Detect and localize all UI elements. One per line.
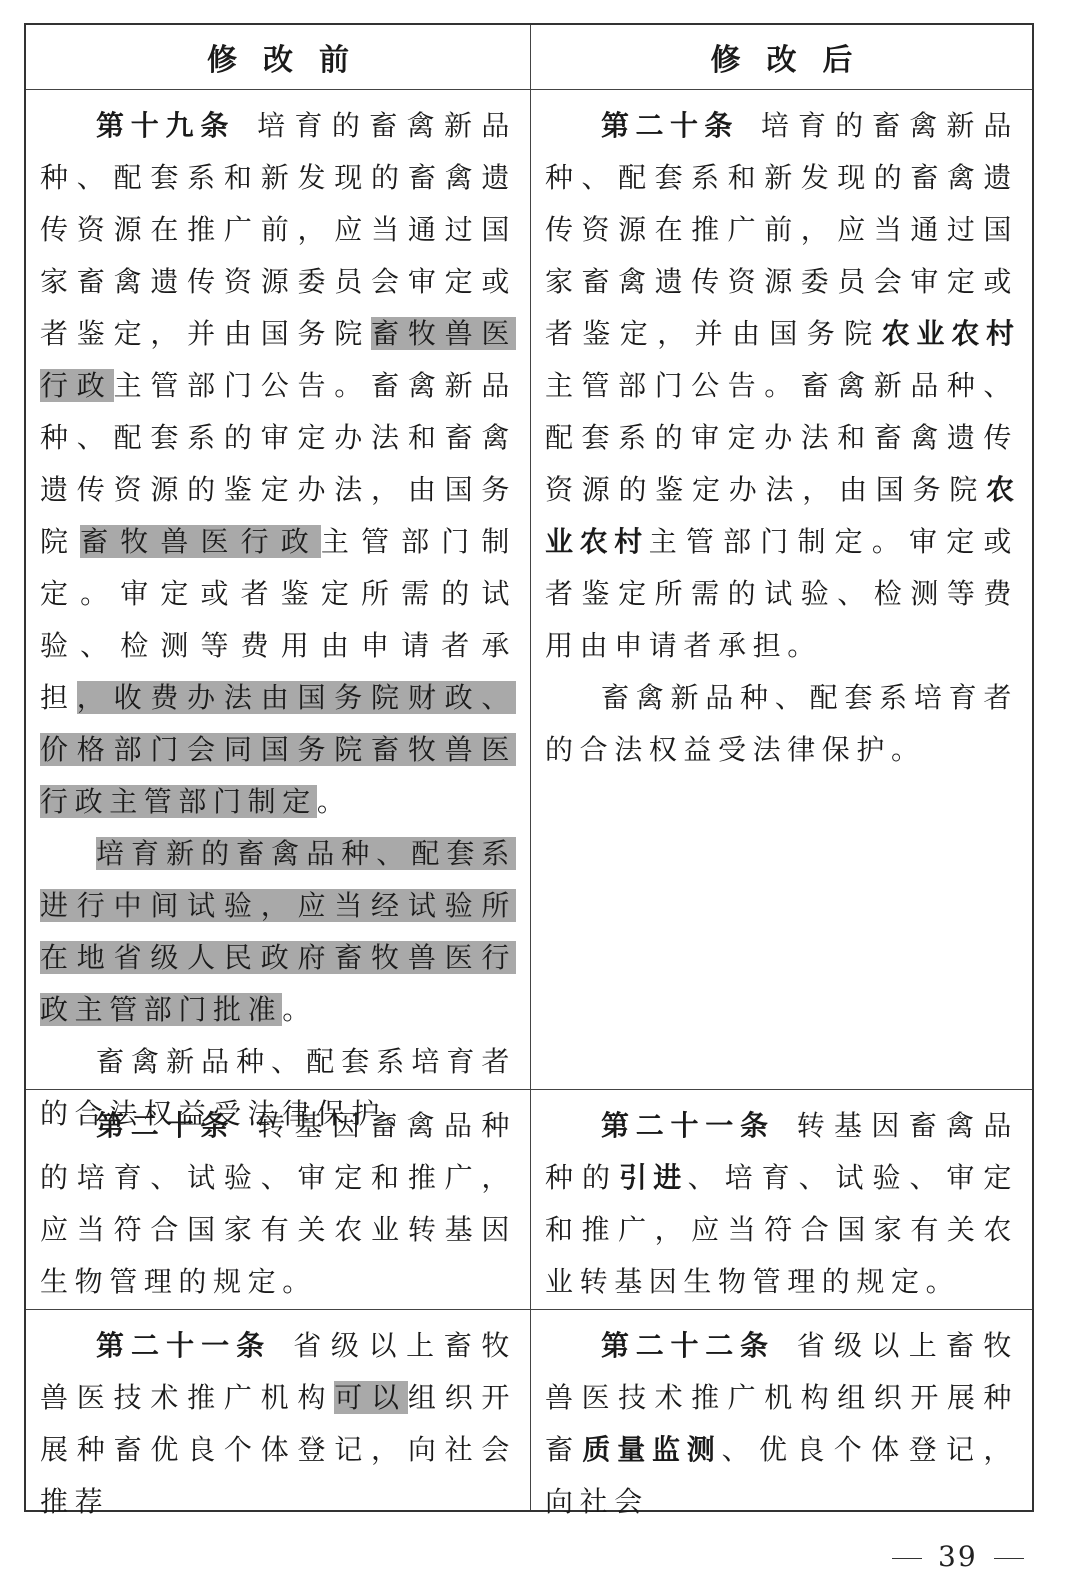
header-before: 修改前 (26, 25, 531, 89)
dash-right (994, 1558, 1024, 1559)
article-number: 第二十条 (601, 109, 739, 142)
paragraph: 培育新的畜禽品种、配套系进行中间试验，应当经试验所在地省级人民政府畜牧兽医行政主… (40, 828, 516, 1036)
paragraph: 第十九条培育的畜禽新品种、配套系和新发现的畜禽遗传资源在推广前，应当通过国家畜禽… (40, 100, 516, 828)
article-number: 第二十二条 (601, 1329, 775, 1362)
paragraph: 第二十一条转基因畜禽品种的引进、培育、试验、审定和推广，应当符合国家有关农业转基… (545, 1100, 1018, 1308)
deleted-text-highlight: 畜牧兽医行政 (80, 525, 321, 558)
deleted-text-highlight: 可以 (334, 1381, 408, 1414)
table-row: 第二十一条省级以上畜牧兽医技术推广机构可以组织开展种畜优良个体登记，向社会推荐 … (26, 1309, 1032, 1510)
text: 畜禽新品种、配套系培育者的合法权益受法律保护。 (545, 681, 1018, 766)
cell-before: 第二十一条省级以上畜牧兽医技术推广机构可以组织开展种畜优良个体登记，向社会推荐 (26, 1310, 531, 1510)
paragraph: 第二十条培育的畜禽新品种、配套系和新发现的畜禽遗传资源在推广前，应当通过国家畜禽… (545, 100, 1018, 672)
cell-after: 第二十条培育的畜禽新品种、配套系和新发现的畜禽遗传资源在推广前，应当通过国家畜禽… (531, 90, 1032, 1089)
cell-before: 第二十条转基因畜禽品种的培育、试验、审定和推广，应当符合国家有关农业转基因生物管… (26, 1090, 531, 1309)
page-number: 39 (876, 1540, 1040, 1573)
text: 培育的畜禽新品种、配套系和新发现的畜禽遗传资源在推广前，应当通过国家畜禽遗传资源… (40, 109, 516, 350)
added-text-bold: 引进 (619, 1161, 688, 1194)
deleted-text-highlight: 培育新的畜禽品种、配套系进行中间试验，应当经试验所在地省级人民政府畜牧兽医行政主… (40, 837, 516, 1026)
cell-after: 第二十二条省级以上畜牧兽医技术推广机构组织开展种畜质量监测、优良个体登记，向社会 (531, 1310, 1032, 1510)
dash-left (892, 1558, 922, 1559)
paragraph: 第二十一条省级以上畜牧兽医技术推广机构可以组织开展种畜优良个体登记，向社会推荐 (40, 1320, 516, 1528)
added-text-bold: 质量监测 (582, 1433, 721, 1466)
table-row: 第二十条转基因畜禽品种的培育、试验、审定和推广，应当符合国家有关农业转基因生物管… (26, 1089, 1032, 1309)
text: 。 (317, 785, 352, 818)
deleted-text-highlight: ，收费办法由国务院财政、价格部门会同国务院畜牧兽医行政主管部门制定 (40, 681, 516, 818)
table-row: 第十九条培育的畜禽新品种、配套系和新发现的畜禽遗传资源在推广前，应当通过国家畜禽… (26, 89, 1032, 1089)
article-number: 第二十条 (96, 1109, 235, 1142)
paragraph: 第二十条转基因畜禽品种的培育、试验、审定和推广，应当符合国家有关农业转基因生物管… (40, 1100, 516, 1308)
text: 。 (282, 993, 317, 1026)
paragraph: 畜禽新品种、配套系培育者的合法权益受法律保护。 (545, 672, 1018, 776)
page-number-value: 39 (938, 1540, 978, 1573)
article-number: 第二十一条 (96, 1329, 271, 1362)
text: 培育的畜禽新品种、配套系和新发现的畜禽遗传资源在推广前，应当通过国家畜禽遗传资源… (545, 109, 1018, 350)
paragraph: 第二十二条省级以上畜牧兽医技术推广机构组织开展种畜质量监测、优良个体登记，向社会 (545, 1320, 1018, 1528)
added-text-bold: 农业农村 (882, 317, 1018, 350)
cell-after: 第二十一条转基因畜禽品种的引进、培育、试验、审定和推广，应当符合国家有关农业转基… (531, 1090, 1032, 1309)
header-after: 修改后 (531, 25, 1032, 89)
text: 主管部门公告。畜禽新品种、配套系的审定办法和畜禽遗传资源的鉴定办法，由国务院 (545, 369, 1018, 506)
cell-before: 第十九条培育的畜禽新品种、配套系和新发现的畜禽遗传资源在推广前，应当通过国家畜禽… (26, 90, 531, 1089)
article-number: 第二十一条 (601, 1109, 775, 1142)
article-number: 第十九条 (96, 109, 235, 142)
comparison-table: 修改前 修改后 第十九条培育的畜禽新品种、配套系和新发现的畜禽遗传资源在推广前，… (24, 23, 1034, 1512)
table-header-row: 修改前 修改后 (26, 25, 1032, 89)
